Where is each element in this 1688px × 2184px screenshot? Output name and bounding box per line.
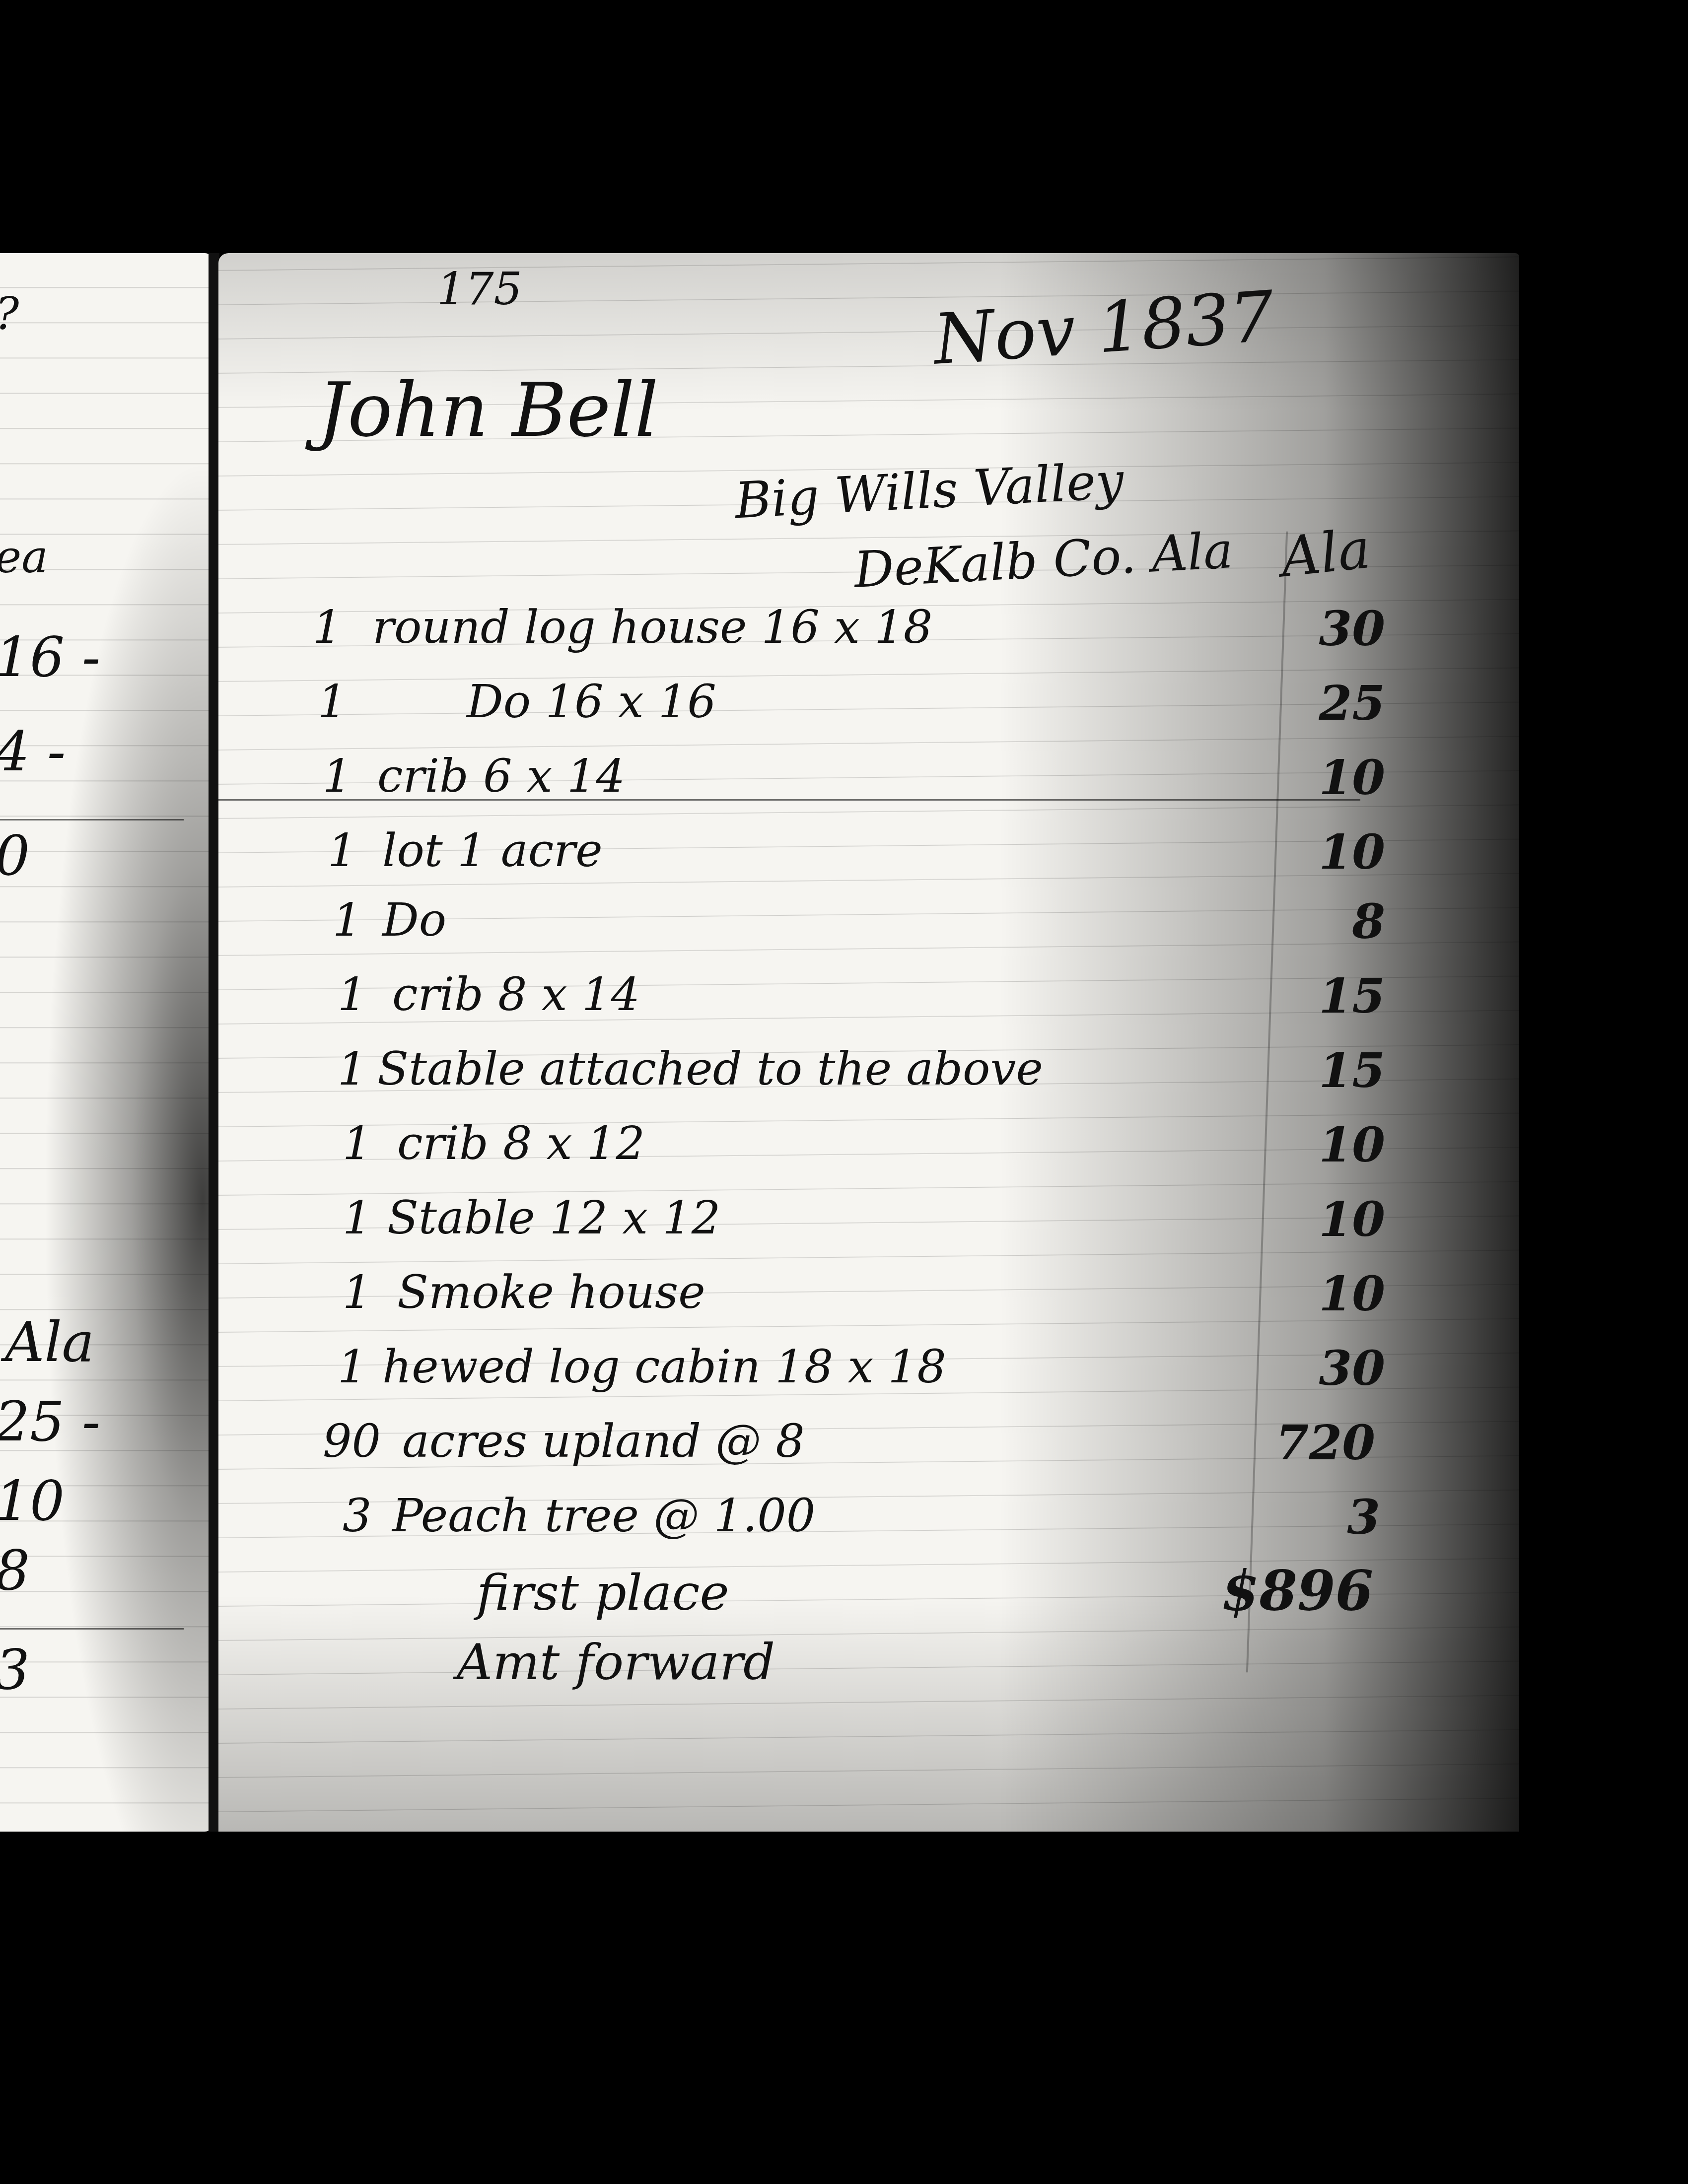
location-line-2: DeKalb Co. Ala bbox=[852, 521, 1234, 599]
item-qty: 1 bbox=[313, 601, 342, 654]
left-fragment-value: 10 bbox=[0, 1469, 65, 1533]
left-fragment-value: 4 - bbox=[0, 720, 66, 783]
item-qty: 1 bbox=[338, 1042, 367, 1095]
footer-amount-forward: Amt forward bbox=[457, 1633, 775, 1691]
left-fragment-value: 16 - bbox=[0, 625, 100, 689]
item-qty: 1 bbox=[343, 1266, 372, 1319]
item-qty: 1 bbox=[328, 824, 357, 877]
item-value: 10 bbox=[1256, 750, 1385, 806]
item-description: Do bbox=[382, 893, 446, 947]
item-value: 30 bbox=[1256, 1340, 1385, 1396]
item-qty: 1 bbox=[338, 968, 367, 1021]
item-value: 10 bbox=[1256, 1117, 1385, 1173]
item-value: 15 bbox=[1256, 1042, 1385, 1098]
item-qty: 1 bbox=[333, 893, 362, 947]
left-ledger-page: ? ea 16 - 4 - 0 Ala 25 - 10 8 3 bbox=[0, 253, 213, 1832]
item-description: crib 8 x 12 bbox=[397, 1117, 645, 1170]
item-value: 15 bbox=[1256, 968, 1385, 1024]
item-description: crib 8 x 14 bbox=[392, 968, 640, 1021]
item-qty: 1 bbox=[343, 1117, 372, 1170]
item-qty: 3 bbox=[343, 1489, 372, 1542]
item-description: hewed log cabin 18 x 18 bbox=[382, 1340, 946, 1393]
item-qty: 1 bbox=[318, 675, 347, 728]
left-fragment-value: 25 - bbox=[0, 1390, 100, 1453]
value-column-header: Ala bbox=[1278, 517, 1374, 589]
item-value: 3 bbox=[1251, 1489, 1380, 1545]
item-description: Stable attached to the above bbox=[377, 1042, 1043, 1095]
left-fragment-value: 8 bbox=[0, 1539, 30, 1602]
item-qty: 1 bbox=[323, 750, 352, 803]
total-amount: $896 bbox=[1221, 1559, 1373, 1623]
item-description: round log house 16 x 18 bbox=[372, 601, 932, 654]
item-value: 25 bbox=[1256, 675, 1385, 731]
item-description: crib 6 x 14 bbox=[377, 750, 625, 803]
page-number: 175 bbox=[437, 263, 522, 315]
item-description: acres upland @ 8 bbox=[402, 1415, 805, 1468]
item-value: 720 bbox=[1246, 1415, 1375, 1471]
item-description: Smoke house bbox=[397, 1266, 705, 1319]
item-description: lot 1 acre bbox=[382, 824, 603, 877]
left-fragment-mark: ? bbox=[0, 288, 19, 340]
item-value: 10 bbox=[1256, 1266, 1385, 1322]
right-ledger-page: 175 Nov 1837 John Bell Big Wills Valley … bbox=[218, 253, 1519, 1832]
owner-name: John Bell bbox=[318, 367, 658, 454]
item-value: 10 bbox=[1256, 1191, 1385, 1247]
left-fragment-mark: ea bbox=[0, 531, 48, 583]
item-qty: 90 bbox=[323, 1415, 381, 1468]
location-line-1: Big Wills Valley bbox=[733, 452, 1125, 530]
item-description: Peach tree @ 1.00 bbox=[392, 1489, 815, 1542]
left-fragment-value: 0 bbox=[0, 824, 30, 887]
item-description: Do 16 x 16 bbox=[467, 675, 716, 728]
item-qty: 1 bbox=[343, 1191, 372, 1244]
footer-first-place: first place bbox=[477, 1564, 729, 1622]
item-value: 10 bbox=[1256, 824, 1385, 880]
item-value: 30 bbox=[1256, 601, 1385, 657]
item-description: Stable 12 x 12 bbox=[387, 1191, 720, 1244]
item-value: 8 bbox=[1256, 893, 1385, 950]
entry-date: Nov 1837 bbox=[931, 276, 1276, 381]
left-fragment-total: 3 bbox=[0, 1638, 30, 1702]
left-fragment-header: Ala bbox=[5, 1310, 94, 1374]
item-qty: 1 bbox=[338, 1340, 367, 1393]
book-spine bbox=[209, 253, 219, 1832]
